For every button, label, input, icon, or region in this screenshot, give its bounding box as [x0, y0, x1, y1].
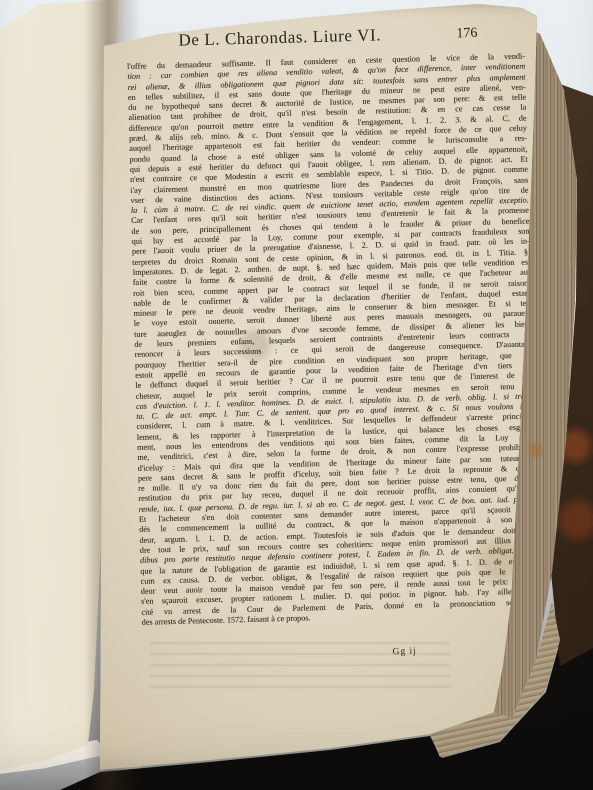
running-head: De L. Charondas. Liure VI. — [178, 25, 381, 50]
ink-showthrough — [150, 636, 450, 694]
photo-of-open-book: SVLTATIOTHEVR. propre heritage d'iceluys… — [0, 0, 593, 790]
text-block: l'offre du demandeur suffisante. Il faut… — [127, 52, 540, 629]
right-page-content: De L. Charondas. Liure VI. 176 l'offre d… — [126, 13, 544, 628]
page-number: 176 — [456, 26, 477, 43]
signature-mark: Gg ij — [392, 647, 417, 658]
